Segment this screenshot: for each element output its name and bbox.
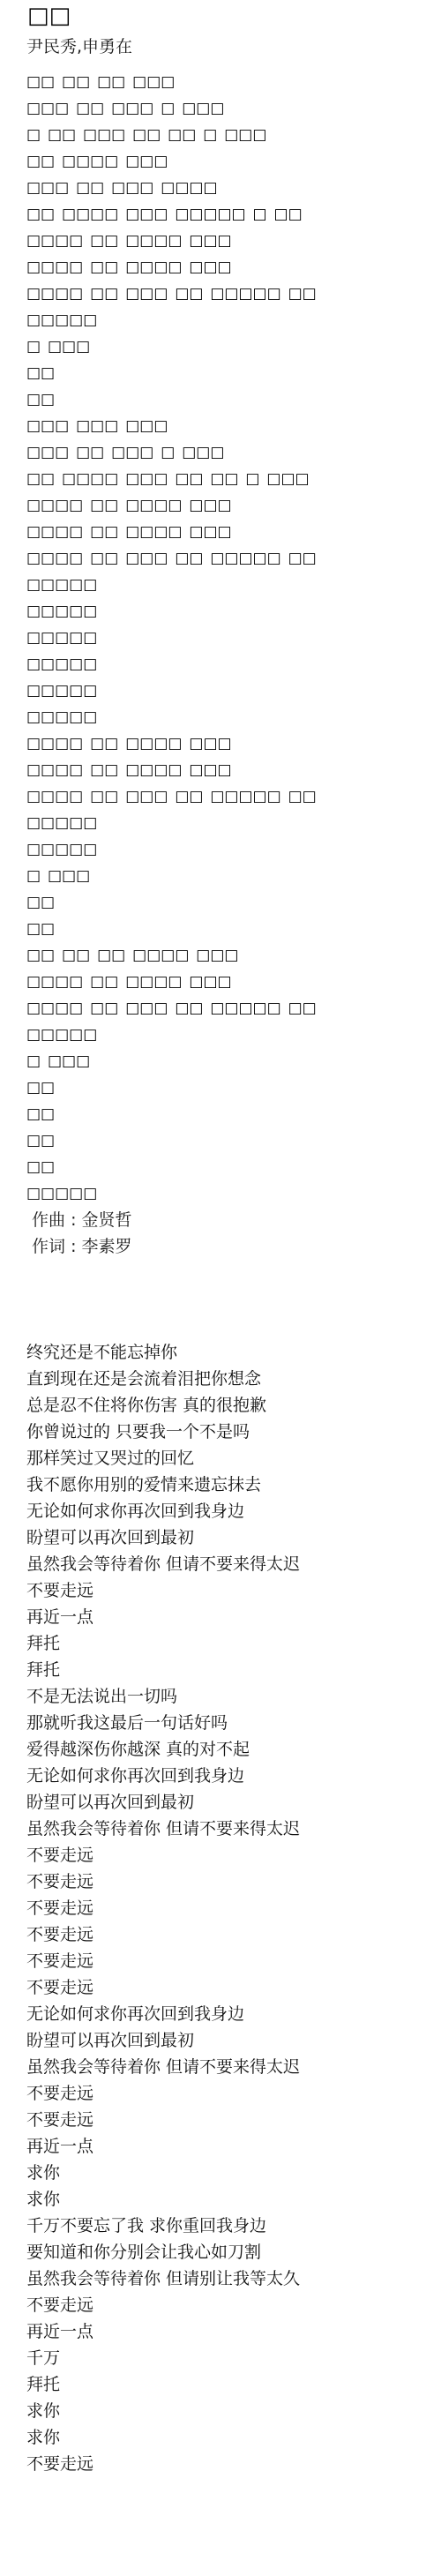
lyric-line-chinese: 不要走远 bbox=[26, 1974, 441, 2001]
lyric-line-korean: □□□□□ bbox=[26, 1022, 441, 1048]
lyric-line-chinese: 虽然我会等待着你 但请不要来得太迟 bbox=[26, 1816, 441, 1842]
lyric-line-chinese: 那就听我这最后一句话好吗 bbox=[26, 1710, 441, 1736]
lyric-line-chinese: 盼望可以再次回到最初 bbox=[26, 2027, 441, 2054]
lyric-line-chinese: 不要走远 bbox=[26, 1868, 441, 1895]
lyric-line-korean: □□□□ □□ □□□□ □□□ bbox=[26, 519, 441, 545]
lyric-line-korean: □□□□ □□ □□□□ □□□ bbox=[26, 969, 441, 995]
lyric-line-chinese: 你曾说过的 只要我一个不是吗 bbox=[26, 1419, 441, 1445]
lyric-line-korean: □□ □□ □□ □□□ bbox=[26, 69, 441, 95]
lyric-line-korean: □□ □□□□ □□□ □□ □□ □ □□□ bbox=[26, 466, 441, 492]
lyric-line-chinese: 求你 bbox=[26, 2424, 441, 2451]
lyric-line-chinese: 拜托 bbox=[26, 2371, 441, 2398]
lyric-line-chinese: 虽然我会等待着你 但请不要来得太迟 bbox=[26, 2054, 441, 2080]
lyric-line-korean: □□□□ □□ □□□□ □□□ bbox=[26, 730, 441, 757]
lyric-line-chinese: 那样笑过又哭过的回忆 bbox=[26, 1445, 441, 1471]
lyric-line-korean: □□□□□ bbox=[26, 572, 441, 598]
lyric-line-chinese: 千万不要忘了我 求你重回我身边 bbox=[26, 2213, 441, 2239]
lyric-line-korean: □□ bbox=[26, 1127, 441, 1154]
lyric-line-korean: □□ bbox=[26, 916, 441, 942]
lyric-line-korean: □□□□ □□ □□□□ □□□ bbox=[26, 228, 441, 254]
lyric-line-chinese: 我不愿你用别的爱情来遗忘抹去 bbox=[26, 1471, 441, 1498]
lyric-line-chinese: 盼望可以再次回到最初 bbox=[26, 1524, 441, 1551]
lyric-line-korean: □□ □□□□ □□□ □□□□□ □ □□ bbox=[26, 201, 441, 228]
lyric-line-chinese: 不要走远 bbox=[26, 1842, 441, 1868]
lyric-line-chinese: 求你 bbox=[26, 2398, 441, 2424]
lyric-line-korean: □□□□□ bbox=[26, 625, 441, 651]
lyric-line-chinese: 虽然我会等待着你 但请别让我等太久 bbox=[26, 2265, 441, 2292]
lyric-line-korean: □□□□ □□ □□□□ □□□ bbox=[26, 492, 441, 519]
lyric-line-chinese: 求你 bbox=[26, 2160, 441, 2186]
lyric-line-chinese: 拜托 bbox=[26, 1657, 441, 1683]
credit-line: 作词 : 李素罗 bbox=[26, 1233, 441, 1260]
lyric-line-chinese: 总是忍不住将你伤害 真的很抱歉 bbox=[26, 1392, 441, 1419]
lyric-line-chinese: 不是无法说出一切吗 bbox=[26, 1683, 441, 1710]
lyric-line-chinese: 再近一点 bbox=[26, 2133, 441, 2160]
lyric-line-korean: □□□□□ bbox=[26, 598, 441, 625]
lyrics-page: □□ 尹民秀,申勇在 □□ □□ □□ □□□□□□ □□ □□□ □ □□□□… bbox=[0, 0, 441, 2477]
lyric-line-korean: □□□□□ bbox=[26, 704, 441, 730]
lyric-line-chinese: 虽然我会等待着你 但请不要来得太迟 bbox=[26, 1551, 441, 1577]
lyric-line-chinese: 不要走远 bbox=[26, 1948, 441, 1974]
lyric-line-korean: □□ bbox=[26, 386, 441, 413]
lyric-line-korean: □□ bbox=[26, 1075, 441, 1101]
lyric-line-chinese: 不要走远 bbox=[26, 1895, 441, 1921]
lyric-line-chinese: 拜托 bbox=[26, 1630, 441, 1657]
lyric-line-chinese: 不要走远 bbox=[26, 2107, 441, 2133]
lyric-line-korean: □□□□□ bbox=[26, 810, 441, 836]
lyric-line-korean: □□ □□ □□ □□□□ □□□ bbox=[26, 942, 441, 969]
lyric-line-korean: □□ bbox=[26, 889, 441, 916]
lyric-line-korean: □□ bbox=[26, 360, 441, 386]
lyric-line-korean: □□□ □□ □□□ □□□□ bbox=[26, 175, 441, 201]
lyric-line-korean: □□□□□ bbox=[26, 678, 441, 704]
lyric-line-korean: □ □□□ bbox=[26, 1048, 441, 1075]
lyric-line-korean: □ □□ □□□ □□ □□ □ □□□ bbox=[26, 122, 441, 148]
lyric-line-chinese: 终究还是不能忘掉你 bbox=[26, 1339, 441, 1366]
lyric-line-korean: □□□ □□□ □□□ bbox=[26, 413, 441, 439]
korean-lyrics: □□ □□ □□ □□□□□□ □□ □□□ □ □□□□ □□ □□□ □□ … bbox=[26, 69, 441, 1207]
lyric-line-chinese: 无论如何求你再次回到我身边 bbox=[26, 1498, 441, 1524]
lyric-line-chinese: 不要走远 bbox=[26, 1577, 441, 1604]
song-credits: 作曲 : 金贤哲 作词 : 李素罗 bbox=[26, 1207, 441, 1260]
lyric-line-korean: □□□□ □□ □□□ □□ □□□□□ □□ bbox=[26, 783, 441, 810]
lyric-line-korean: □□ bbox=[26, 1154, 441, 1180]
lyric-line-chinese: 爱得越深伤你越深 真的对不起 bbox=[26, 1736, 441, 1763]
lyric-line-korean: □□ □□□□ □□□ bbox=[26, 148, 441, 175]
section-spacer bbox=[26, 1260, 441, 1339]
lyric-line-korean: □□□□ □□ □□□ □□ □□□□□ □□ bbox=[26, 281, 441, 307]
lyric-line-korean: □□□□ □□ □□□ □□ □□□□□ □□ bbox=[26, 995, 441, 1022]
lyric-line-korean: □ □□□ bbox=[26, 863, 441, 889]
lyric-line-chinese: 再近一点 bbox=[26, 2318, 441, 2345]
lyric-line-korean: □□ bbox=[26, 1101, 441, 1127]
lyric-line-korean: □□□□□ bbox=[26, 651, 441, 678]
credit-line: 作曲 : 金贤哲 bbox=[26, 1207, 441, 1233]
lyric-line-chinese: 求你 bbox=[26, 2186, 441, 2213]
lyric-line-korean: □□□ □□ □□□ □ □□□ bbox=[26, 95, 441, 122]
lyric-line-chinese: 无论如何求你再次回到我身边 bbox=[26, 2001, 441, 2027]
lyric-line-korean: □□□□ □□ □□□ □□ □□□□□ □□ bbox=[26, 545, 441, 572]
lyric-line-korean: □□□□ □□ □□□□ □□□ bbox=[26, 757, 441, 783]
lyric-line-chinese: 千万 bbox=[26, 2345, 441, 2371]
lyric-line-chinese: 直到现在还是会流着泪把你想念 bbox=[26, 1366, 441, 1392]
lyric-line-chinese: 再近一点 bbox=[26, 1604, 441, 1630]
lyric-line-korean: □□□□□ bbox=[26, 1180, 441, 1207]
lyric-line-korean: □□□□□ bbox=[26, 307, 441, 333]
lyric-line-chinese: 要知道和你分别会让我心如刀割 bbox=[26, 2239, 441, 2265]
lyric-line-chinese: 盼望可以再次回到最初 bbox=[26, 1789, 441, 1816]
lyric-line-chinese: 不要走远 bbox=[26, 2080, 441, 2107]
lyric-line-korean: □□□□ □□ □□□□ □□□ bbox=[26, 254, 441, 281]
lyric-line-korean: □□□ □□ □□□ □ □□□ bbox=[26, 439, 441, 466]
lyric-line-chinese: 无论如何求你再次回到我身边 bbox=[26, 1763, 441, 1789]
lyric-line-chinese: 不要走远 bbox=[26, 1921, 441, 1948]
lyric-line-korean: □□□□□ bbox=[26, 836, 441, 863]
lyric-line-chinese: 不要走远 bbox=[26, 2451, 441, 2477]
song-title: □□ bbox=[26, 0, 441, 34]
lyric-line-chinese: 不要走远 bbox=[26, 2292, 441, 2318]
lyric-line-korean: □ □□□ bbox=[26, 333, 441, 360]
chinese-lyrics: 终究还是不能忘掉你直到现在还是会流着泪把你想念总是忍不住将你伤害 真的很抱歉你曾… bbox=[26, 1339, 441, 2477]
song-artist: 尹民秀,申勇在 bbox=[26, 34, 441, 69]
